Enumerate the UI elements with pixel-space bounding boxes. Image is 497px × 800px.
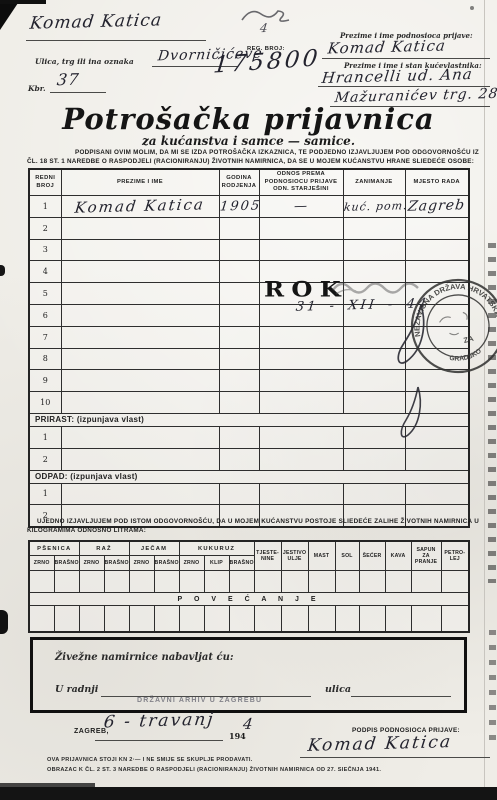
scan-blob-artifact: [0, 610, 8, 634]
sub-zrno: ZRNO: [129, 556, 154, 571]
col-sapun: SAPUN ZA PRANJE: [411, 541, 441, 571]
cell-workplace: [405, 483, 469, 505]
supply-cell: [229, 606, 254, 633]
supply-cell: [254, 571, 281, 593]
cell-workplace: Zagreb: [405, 196, 469, 218]
supply-cell: [29, 571, 54, 593]
cell-name: [61, 426, 219, 448]
cell-name: [61, 483, 219, 505]
supply-cell: [179, 606, 204, 633]
cell-relation: [259, 217, 343, 239]
col-kava: KAVA: [385, 541, 411, 571]
cell-relation: [259, 348, 343, 370]
stamp-text-inner: ZA: [463, 334, 475, 345]
supply-cell: [281, 606, 308, 633]
supply-cell: [54, 606, 79, 633]
odpad-band: ODPAD: (izpunjava vlast): [29, 470, 469, 483]
sub-brasno: BRAŠNO: [229, 556, 254, 571]
sub-brasno: BRAŠNO: [54, 556, 79, 571]
pen-squiggle: [238, 4, 308, 26]
scan-edge-artifact: [0, 0, 46, 4]
fine-print-line-2: OBRAZAC K ČL. 2 ST. 3 NAREDBE O RASPODJE…: [47, 767, 381, 773]
handwritten-applicant-name: Komad Katica: [327, 38, 447, 56]
handwritten-name-top: Komad Katica: [29, 12, 163, 32]
declaration-paragraph: PODPISANI OVIM MOLIM, DA MI SE IZDA POTR…: [27, 148, 479, 167]
food-supplies-table: PŠENICA RAŽ JEČAM KUKURUZ TJESTE-NINE JE…: [28, 540, 470, 633]
supply-cell: [411, 571, 441, 593]
table-row: 1: [29, 483, 469, 505]
handwritten-house-number: 37: [56, 72, 80, 89]
cell-num: 6: [29, 304, 61, 326]
cell-relation: [259, 239, 343, 261]
supply-cell: [179, 571, 204, 593]
cell-relation: —: [259, 196, 343, 218]
col-jestivo-ulje: JESTIVO ULJE: [281, 541, 308, 571]
col-secer: ŠEĆER: [359, 541, 385, 571]
cell-year: [219, 426, 259, 448]
signature-flourish: [396, 385, 430, 443]
handwritten-entry: Komad Katica: [74, 197, 206, 215]
table-row: 1 Komad Katica 1905 — kuć. pom. Zagreb: [29, 196, 469, 218]
cell-num: 9: [29, 370, 61, 392]
group-psenica: PŠENICA: [29, 541, 79, 556]
cell-year: [219, 483, 259, 505]
supplies-group-header-row: PŠENICA RAŽ JEČAM KUKURUZ TJESTE-NINE JE…: [29, 541, 469, 556]
cell-year: [219, 304, 259, 326]
sub-zrno: ZRNO: [179, 556, 204, 571]
handwritten-mark: 4: [259, 22, 269, 34]
supply-cell: [79, 606, 104, 633]
svg-text:GRADSKO: GRADSKO: [447, 347, 484, 366]
supply-cell: [308, 571, 335, 593]
cell-num: 4: [29, 261, 61, 283]
supply-cell: [104, 571, 129, 593]
scanned-form-page: Komad Katica Ulica, trg ili ina oznaka D…: [0, 0, 497, 800]
scan-dot-artifact: [470, 6, 474, 10]
cell-num: 1: [29, 426, 61, 448]
street-label: Ulica, trg ili ina oznaka: [35, 57, 134, 66]
supply-cell: [129, 606, 154, 633]
povecanje-label: P O V E Ć A N J E: [29, 593, 469, 606]
supply-cell: [411, 606, 441, 633]
supply-cell: [29, 606, 54, 633]
cell-year: [219, 239, 259, 261]
col-header-prezime-ime: PREZIME I IME: [61, 169, 219, 196]
supply-cell: [335, 606, 359, 633]
handwritten-owner-name: Hrancelli ud. Ana: [321, 67, 474, 86]
supply-cell: [385, 571, 411, 593]
supply-cell: [79, 571, 104, 593]
cell-occupation: [343, 448, 405, 470]
rule-line: [300, 757, 490, 758]
handwritten-entry: 1905: [219, 199, 262, 213]
cell-occupation: kuć. pom.: [343, 196, 405, 218]
scan-blob-artifact: [0, 265, 5, 276]
col-header-godina: GODINA RODJENJA: [219, 169, 259, 196]
rule-line: [95, 740, 223, 741]
col-sol: SOL: [335, 541, 359, 571]
supply-cell: [254, 606, 281, 633]
cell-num: 1: [29, 483, 61, 505]
scan-bottom-edge: [0, 787, 497, 800]
cell-num: 1: [29, 196, 61, 218]
table-header-row: REDNI BROJ PREZIME I IME GODINA RODJENJA…: [29, 169, 469, 196]
rule-line: [351, 696, 451, 697]
supply-cell: [129, 571, 154, 593]
rule-line: [50, 92, 106, 93]
col-header-odnos: ODNOS PREMA PODNOSIOCU PRIJAVE ODN. STAR…: [259, 169, 343, 196]
cell-year: [219, 326, 259, 348]
archive-stamp-text: DRŽAVNI ARHIV U ZAGREBU: [137, 697, 262, 704]
cell-occupation: [343, 239, 405, 261]
purchase-location-box: Živežne namirnice nabavljat ću: U radnji…: [30, 637, 467, 713]
supply-cell: [281, 571, 308, 593]
cell-num: 2: [29, 217, 61, 239]
handwritten-entry: —: [293, 200, 309, 213]
cell-name: [61, 217, 219, 239]
cell-year: [219, 448, 259, 470]
supply-cell: [229, 571, 254, 593]
form-subtitle: za kućanstva i samce — samice.: [0, 134, 497, 148]
cell-year: [219, 370, 259, 392]
cell-name: Komad Katica: [61, 196, 219, 218]
fine-print-line-1: OVA PRIJAVNICA STOJI KN 2·— I NE SMIJE S…: [47, 757, 253, 763]
supply-cell: [154, 606, 179, 633]
cell-occupation: [343, 217, 405, 239]
supply-cell: [359, 606, 385, 633]
col-header-redni-broj: REDNI BROJ: [29, 169, 61, 196]
cell-name: [61, 261, 219, 283]
cell-relation: [259, 392, 343, 414]
scan-corner-artifact: [0, 0, 20, 30]
cell-name: [61, 304, 219, 326]
supplies-data-row: [29, 571, 469, 593]
col-mast: MAST: [308, 541, 335, 571]
cell-name: [61, 239, 219, 261]
cell-num: 10: [29, 392, 61, 414]
cell-year: [219, 392, 259, 414]
sub-zrno: ZRNO: [79, 556, 104, 571]
cell-workplace: [405, 217, 469, 239]
cell-year: [219, 261, 259, 283]
cell-name: [61, 283, 219, 305]
purchase-intro-label: Živežne namirnice nabavljat ću:: [55, 652, 234, 663]
cell-occupation: [343, 483, 405, 505]
cell-relation: [259, 326, 343, 348]
handwritten-reg-number: 175800: [212, 47, 321, 77]
cell-year: [219, 217, 259, 239]
group-jecam: JEČAM: [129, 541, 179, 556]
sub-brasno: BRAŠNO: [104, 556, 129, 571]
supply-cell: [154, 571, 179, 593]
form-title: Potrošačka prijavnica: [0, 102, 497, 136]
table-row: 2: [29, 217, 469, 239]
handwritten-year-digit: 4: [242, 717, 254, 732]
sub-zrno: ZRNO: [29, 556, 54, 571]
supply-cell: [335, 571, 359, 593]
handwritten-entry: Zagreb: [407, 199, 466, 214]
cell-relation: [259, 448, 343, 470]
supply-cell: [385, 606, 411, 633]
supply-cell: [54, 571, 79, 593]
supplies-declaration: UJEDNO IZJAVLJUJEM POD ISTOM ODGOVORNOŠĆ…: [27, 517, 479, 536]
cell-year: [219, 348, 259, 370]
col-header-zanimanje: ZANIMANJE: [343, 169, 405, 196]
col-header-mjesto-rada: MJESTO RADA: [405, 169, 469, 196]
cell-num: 5: [29, 283, 61, 305]
house-number-label: Kbr.: [28, 84, 46, 93]
street-field-label: ulica: [325, 684, 351, 695]
supplies-data-row: [29, 606, 469, 633]
supply-cell: [104, 606, 129, 633]
cell-name: [61, 392, 219, 414]
cell-num: 7: [29, 326, 61, 348]
cell-relation: [259, 483, 343, 505]
cell-year: 1905: [219, 196, 259, 218]
col-tjestenine: TJESTE-NINE: [254, 541, 281, 571]
cell-name: [61, 370, 219, 392]
rule-line: [26, 40, 206, 41]
scan-tear-artifact: [489, 630, 496, 742]
cell-name: [61, 326, 219, 348]
table-row: 2: [29, 448, 469, 470]
cell-workplace: [405, 448, 469, 470]
cell-num: 3: [29, 239, 61, 261]
povecanje-band: P O V E Ć A N J E: [29, 593, 469, 606]
supply-cell: [441, 606, 469, 633]
supply-cell: [308, 606, 335, 633]
supply-cell: [359, 571, 385, 593]
stamp-text-bottom: GRADSKO: [447, 347, 484, 366]
sub-brasno: BRAŠNO: [154, 556, 179, 571]
handwritten-entry: kuć. pom.: [343, 200, 408, 213]
rule-line: [322, 58, 490, 59]
cell-num: 8: [29, 348, 61, 370]
supply-cell: [204, 571, 229, 593]
group-kukuruz: KUKURUZ: [179, 541, 254, 556]
group-raz: RAŽ: [79, 541, 129, 556]
cell-name: [61, 448, 219, 470]
cell-year: [219, 283, 259, 305]
supply-cell: [441, 571, 469, 593]
sub-klip: KLIP: [204, 556, 229, 571]
cell-relation: [259, 370, 343, 392]
cell-workplace: [405, 239, 469, 261]
table-row: 3: [29, 239, 469, 261]
handwritten-signature: Komad Katica: [307, 734, 453, 755]
handwritten-date: 6 - travanj: [103, 712, 216, 732]
cell-name: [61, 348, 219, 370]
supply-cell: [204, 606, 229, 633]
cell-relation: [259, 426, 343, 448]
shop-label: U radnji: [55, 684, 98, 695]
cell-num: 2: [29, 448, 61, 470]
odpad-label: ODPAD: (izpunjava vlast): [29, 470, 469, 483]
col-petrolej: PETRO-LEJ: [441, 541, 469, 571]
